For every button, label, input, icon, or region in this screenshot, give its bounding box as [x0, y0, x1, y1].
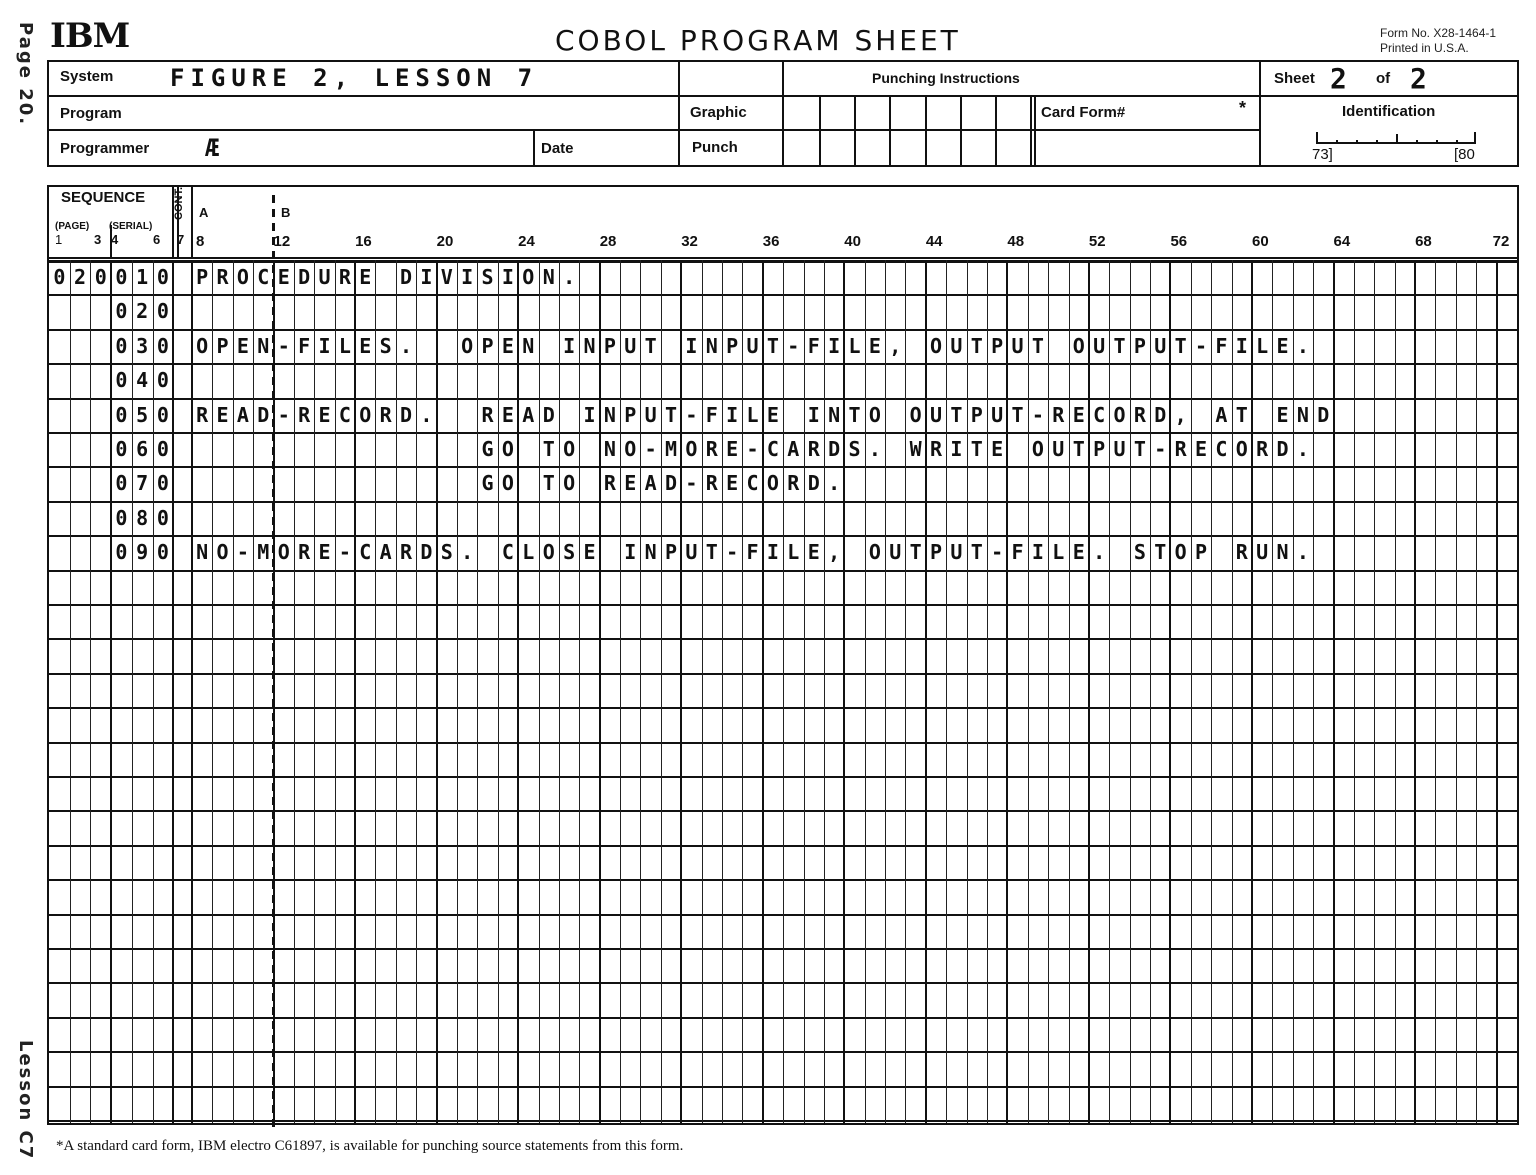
code-char-cell: E [1272, 334, 1292, 358]
code-char-cell: O [192, 334, 212, 358]
code-char-cell: O [1109, 403, 1129, 427]
code-char-cell: R [926, 437, 946, 461]
code-char-cell: U [314, 265, 334, 289]
serial-number-cell: 0 [111, 334, 132, 358]
column-marker: 68 [1415, 233, 1432, 250]
code-char-cell: D [1150, 403, 1170, 427]
code-char-cell: T [1170, 334, 1190, 358]
coding-line-row[interactable] [47, 363, 1519, 397]
coding-line-row[interactable] [47, 982, 1519, 1016]
code-char-cell: I [314, 334, 334, 358]
code-char-cell: A [375, 540, 395, 564]
column-marker: 28 [600, 233, 617, 250]
code-char-cell: T [1150, 540, 1170, 564]
code-char-cell: E [620, 471, 640, 495]
code-char-cell: . [1293, 540, 1313, 564]
header-divider [191, 185, 193, 257]
code-char-cell: U [620, 334, 640, 358]
code-char-cell: T [640, 334, 660, 358]
coding-line-row[interactable] [47, 673, 1519, 707]
code-char-cell: E [355, 265, 375, 289]
serial-number-cell: 0 [111, 437, 132, 461]
serial-number-cell: 0 [111, 368, 132, 392]
footnote: *A standard card form, IBM electro C6189… [56, 1138, 683, 1155]
code-char-cell: - [274, 334, 294, 358]
code-char-cell: S [844, 437, 864, 461]
serial-number-cell: 0 [153, 540, 174, 564]
code-char-cell: T [763, 334, 783, 358]
code-char-cell: V [437, 265, 457, 289]
code-char-cell: I [763, 540, 783, 564]
code-char-cell: O [681, 437, 701, 461]
code-char-cell: T [539, 437, 559, 461]
divider [1034, 129, 1260, 131]
code-char-cell: C [355, 540, 375, 564]
ibm-logo: IBM [50, 16, 129, 56]
code-char-cell: - [1028, 403, 1048, 427]
code-char-cell: T [702, 540, 722, 564]
identification-label: Identification [1342, 103, 1435, 120]
column-marker: 36 [763, 233, 780, 250]
column-marker: 40 [844, 233, 861, 250]
code-char-cell: - [233, 540, 253, 564]
serial-number-cell: 0 [153, 506, 174, 530]
code-char-cell: - [274, 403, 294, 427]
coding-line-row[interactable] [47, 707, 1519, 741]
code-char-cell: C [1211, 437, 1231, 461]
header-divider [177, 185, 179, 257]
code-char-cell: F [804, 334, 824, 358]
code-char-cell: - [722, 540, 742, 564]
code-char-cell: E [763, 403, 783, 427]
column-marker: 12 [274, 233, 291, 250]
form-number: Form No. X28-1464-1 Printed in U.S.A. [1380, 26, 1496, 56]
serial-number-cell: 0 [153, 437, 174, 461]
code-char-cell: P [1130, 334, 1150, 358]
date-field[interactable] [590, 134, 670, 160]
code-char-cell: O [355, 403, 375, 427]
code-char-cell: N [539, 265, 559, 289]
column-marker: 52 [1089, 233, 1106, 250]
header-divider [172, 185, 174, 257]
code-char-cell: N [600, 437, 620, 461]
code-char-cell: F [294, 334, 314, 358]
code-char-cell: T [1069, 437, 1089, 461]
code-char-cell: U [926, 403, 946, 427]
code-char-cell: . [396, 334, 416, 358]
area-b-dashed-line [272, 209, 275, 217]
code-char-cell: A [1211, 403, 1231, 427]
code-char-cell: . [1293, 437, 1313, 461]
code-char-cell: O [1232, 437, 1252, 461]
column-marker: 8 [196, 233, 204, 250]
serial-number-cell: 0 [153, 334, 174, 358]
code-char-cell: L [335, 334, 355, 358]
divider [1030, 95, 1032, 167]
area-b-dashed-line [272, 223, 275, 231]
code-char-cell: O [763, 471, 783, 495]
code-char-cell: D [253, 403, 273, 427]
code-char-cell: E [1069, 540, 1089, 564]
code-char-cell: L [783, 540, 803, 564]
code-char-cell: P [1089, 437, 1109, 461]
code-char-cell: P [967, 403, 987, 427]
serial-number-cell: 3 [132, 334, 153, 358]
code-char-cell: D [1313, 403, 1333, 427]
code-char-cell: F [742, 540, 762, 564]
code-char-cell: O [1170, 540, 1190, 564]
code-char-cell: , [1170, 403, 1190, 427]
serial-number-cell: 0 [153, 471, 174, 495]
punch-box-divider [960, 95, 962, 167]
code-char-cell: W [905, 437, 925, 461]
code-char-cell: F [1211, 334, 1231, 358]
code-char-cell: I [722, 403, 742, 427]
coding-line-row[interactable] [47, 604, 1519, 638]
code-char-cell: R [1252, 437, 1272, 461]
code-char-cell: E [722, 437, 742, 461]
code-char-cell: P [477, 334, 497, 358]
col-3-label: 3 [94, 232, 101, 247]
code-char-cell: D [396, 403, 416, 427]
code-char-cell: L [844, 334, 864, 358]
coding-line-row[interactable] [47, 1051, 1519, 1085]
code-char-cell: G [477, 471, 497, 495]
code-char-cell: I [559, 334, 579, 358]
code-char-cell: T [1007, 403, 1027, 427]
code-char-cell: D [416, 540, 436, 564]
identification-ruler [1316, 130, 1476, 144]
coding-line-row[interactable] [47, 1017, 1519, 1051]
code-char-cell: I [1028, 540, 1048, 564]
column-marker: 48 [1007, 233, 1024, 250]
program-label: Program [60, 105, 122, 122]
serial-number-cell: 0 [153, 265, 174, 289]
code-char-cell: R [804, 437, 824, 461]
code-char-cell: U [1150, 334, 1170, 358]
column-marker: 20 [437, 233, 454, 250]
code-char-cell: P [620, 403, 640, 427]
page-number-cell: 0 [49, 265, 70, 289]
coding-line-row[interactable] [47, 294, 1519, 328]
code-char-cell: O [865, 540, 885, 564]
code-char-cell: O [457, 334, 477, 358]
code-char-cell: O [233, 265, 253, 289]
serial-col-label: (SERIAL) [109, 221, 152, 232]
code-char-cell: O [865, 403, 885, 427]
area-b-dashed-line [272, 1119, 275, 1127]
code-char-cell: O [1028, 437, 1048, 461]
coding-line-row[interactable] [47, 638, 1519, 672]
code-char-cell: I [804, 403, 824, 427]
serial-number-cell: 0 [111, 506, 132, 530]
code-char-cell: E [355, 334, 375, 358]
code-char-cell: L [518, 540, 538, 564]
code-char-cell: R [212, 265, 232, 289]
code-char-cell: D [824, 437, 844, 461]
coding-line-row[interactable] [47, 879, 1519, 913]
divider [47, 95, 1260, 97]
coding-line-row[interactable] [47, 810, 1519, 844]
serial-number-cell: 5 [132, 403, 153, 427]
divider [782, 60, 784, 167]
code-char-cell: I [1232, 334, 1252, 358]
serial-number-cell: 1 [132, 265, 153, 289]
code-char-cell: C [763, 437, 783, 461]
form-number-text: Form No. X28-1464-1 [1380, 26, 1496, 41]
code-char-cell: E [498, 403, 518, 427]
code-char-cell: I [416, 265, 436, 289]
programmer-label: Programmer [60, 140, 149, 157]
area-b-label: B [281, 205, 290, 220]
code-char-cell: R [783, 471, 803, 495]
sheet-label: Sheet [1274, 70, 1315, 87]
code-char-cell: O [518, 265, 538, 289]
code-char-cell: N [640, 540, 660, 564]
code-char-cell: E [314, 403, 334, 427]
code-char-cell: O [559, 471, 579, 495]
code-char-cell: D [1272, 437, 1292, 461]
code-char-cell: T [1109, 334, 1129, 358]
code-char-cell: N [1272, 540, 1292, 564]
code-char-cell: E [579, 540, 599, 564]
code-char-cell: I [579, 403, 599, 427]
code-char-cell: R [702, 471, 722, 495]
serial-number-cell: 0 [111, 265, 132, 289]
header-divider [47, 257, 1519, 259]
page-number-label: Page 20. [8, 22, 36, 126]
date-label: Date [541, 140, 574, 157]
code-char-cell: T [1232, 403, 1252, 427]
program-field[interactable] [170, 100, 670, 126]
divider [678, 60, 680, 167]
code-char-cell: U [885, 540, 905, 564]
code-char-cell: P [987, 334, 1007, 358]
serial-number-cell: 0 [153, 368, 174, 392]
code-char-cell: S [477, 265, 497, 289]
code-char-cell: E [314, 540, 334, 564]
code-char-cell: E [498, 334, 518, 358]
punch-box-divider [854, 95, 856, 167]
code-char-cell: C [742, 471, 762, 495]
code-char-cell: A [783, 437, 803, 461]
coding-line-row[interactable] [47, 845, 1519, 879]
column-marker: 44 [926, 233, 943, 250]
coding-line-row[interactable] [47, 742, 1519, 776]
divider [533, 129, 535, 167]
code-char-cell: R [1170, 437, 1190, 461]
column-marker: 64 [1334, 233, 1351, 250]
code-char-cell: E [233, 334, 253, 358]
code-char-cell: , [824, 540, 844, 564]
card-form-asterisk: * [1239, 98, 1246, 119]
code-char-cell: N [702, 334, 722, 358]
code-char-cell: - [742, 437, 762, 461]
code-char-cell: O [1069, 334, 1089, 358]
code-char-cell: - [987, 540, 1007, 564]
code-char-cell: E [722, 471, 742, 495]
serial-number-cell: 0 [111, 471, 132, 495]
code-char-cell: P [722, 334, 742, 358]
code-char-cell: R [335, 265, 355, 289]
divider [1034, 95, 1036, 167]
code-char-cell: U [987, 403, 1007, 427]
of-label: of [1376, 70, 1390, 87]
lesson-label: Lesson C7 [8, 1040, 36, 1160]
punch-box-divider [889, 95, 891, 167]
code-char-cell: P [926, 540, 946, 564]
header-divider [110, 225, 112, 257]
code-char-cell: E [1272, 403, 1292, 427]
code-char-cell: I [457, 265, 477, 289]
code-char-cell: R [1232, 540, 1252, 564]
serial-number-cell: 7 [132, 471, 153, 495]
code-char-cell: G [477, 437, 497, 461]
code-char-cell: D [294, 265, 314, 289]
column-marker: 72 [1493, 233, 1510, 250]
code-char-cell: D [661, 471, 681, 495]
code-char-cell: R [294, 403, 314, 427]
code-char-cell: C [498, 540, 518, 564]
page-number-cell: 0 [90, 265, 111, 289]
coding-line-row[interactable] [47, 570, 1519, 604]
code-char-cell: O [905, 403, 925, 427]
code-char-cell: U [1109, 437, 1129, 461]
code-char-cell: - [681, 403, 701, 427]
code-char-cell: T [1130, 437, 1150, 461]
code-char-cell: U [1007, 334, 1027, 358]
code-char-cell: A [518, 403, 538, 427]
code-char-cell: N [192, 540, 212, 564]
col-6-label: 6 [153, 232, 160, 247]
serial-number-cell: 0 [111, 540, 132, 564]
code-char-cell: E [865, 334, 885, 358]
code-char-cell: E [987, 437, 1007, 461]
code-char-cell: F [702, 403, 722, 427]
serial-number-cell: 4 [132, 368, 153, 392]
code-char-cell: P [212, 334, 232, 358]
serial-number-cell: 2 [132, 299, 153, 323]
code-char-cell: M [661, 437, 681, 461]
col-1-label: 1 [55, 232, 62, 247]
punch-box-divider [925, 95, 927, 167]
code-char-cell: E [804, 540, 824, 564]
code-char-cell: A [233, 403, 253, 427]
form-title: COBOL PROGRAM SHEET [555, 24, 961, 57]
code-char-cell: - [1191, 334, 1211, 358]
code-char-cell: N [824, 403, 844, 427]
code-char-cell: R [702, 437, 722, 461]
code-char-cell: U [946, 334, 966, 358]
printed-in-text: Printed in U.S.A. [1380, 41, 1496, 56]
code-char-cell: - [335, 540, 355, 564]
divider [1259, 60, 1261, 167]
code-char-cell: . [865, 437, 885, 461]
code-char-cell: O [212, 540, 232, 564]
coding-line-row[interactable] [47, 948, 1519, 982]
code-char-cell: N [253, 334, 273, 358]
code-char-cell: O [498, 437, 518, 461]
code-char-cell: F [1007, 540, 1027, 564]
code-char-cell: E [1191, 437, 1211, 461]
code-char-cell: S [375, 334, 395, 358]
code-char-cell: R [1130, 403, 1150, 427]
code-char-cell: - [783, 334, 803, 358]
code-char-cell: U [681, 540, 701, 564]
code-char-cell: U [640, 403, 660, 427]
code-char-cell: O [620, 437, 640, 461]
code-char-cell: R [1048, 403, 1068, 427]
code-char-cell: N [600, 403, 620, 427]
graphic-label: Graphic [690, 104, 747, 121]
code-char-cell: . [1089, 540, 1109, 564]
code-char-cell: U [946, 540, 966, 564]
serial-number-cell: 0 [153, 299, 174, 323]
coding-line-row[interactable] [47, 501, 1519, 535]
coding-line-row[interactable] [47, 776, 1519, 810]
code-char-cell: T [967, 540, 987, 564]
sequence-label: SEQUENCE [61, 189, 145, 206]
punch-label: Punch [692, 139, 738, 156]
serial-number-cell: 0 [111, 403, 132, 427]
code-char-cell: R [294, 540, 314, 564]
page-number-cell: 2 [70, 265, 91, 289]
code-char-cell: C [1089, 403, 1109, 427]
code-char-cell: D [396, 265, 416, 289]
identification-end: [80 [1454, 146, 1475, 163]
serial-number-cell: 6 [132, 437, 153, 461]
code-char-cell: R [192, 403, 212, 427]
punching-instructions-label: Punching Instructions [872, 70, 1020, 86]
column-marker: 24 [518, 233, 535, 250]
code-char-cell: A [640, 471, 660, 495]
code-char-cell: . [457, 540, 477, 564]
serial-number-cell: 8 [132, 506, 153, 530]
code-char-cell: T [905, 540, 925, 564]
punch-box-divider [819, 95, 821, 167]
code-char-cell: L [742, 403, 762, 427]
code-char-cell: T [967, 334, 987, 358]
system-field[interactable]: FIGURE 2, LESSON 7 [170, 64, 538, 92]
code-char-cell: U [1048, 437, 1068, 461]
code-char-cell: . [1293, 334, 1313, 358]
code-char-cell: C [335, 403, 355, 427]
programmer-field[interactable]: Æ [205, 134, 223, 162]
code-char-cell: - [640, 437, 660, 461]
code-char-cell: I [946, 437, 966, 461]
sheet-total-field[interactable]: 2 [1410, 62, 1431, 95]
code-char-cell: D [539, 403, 559, 427]
code-char-cell: , [885, 334, 905, 358]
sheet-number-field[interactable]: 2 [1330, 62, 1351, 95]
code-char-cell: - [681, 471, 701, 495]
serial-number-cell: 9 [132, 540, 153, 564]
coding-line-row[interactable] [47, 914, 1519, 948]
code-char-cell: P [600, 334, 620, 358]
code-char-cell: L [1048, 540, 1068, 564]
column-marker: 56 [1170, 233, 1187, 250]
identification-start: 73] [1312, 146, 1333, 163]
area-b-dashed-line [272, 195, 275, 203]
coding-line-row[interactable] [47, 1086, 1519, 1120]
system-label: System [60, 68, 113, 85]
code-char-cell: O [539, 540, 559, 564]
divider [1260, 95, 1519, 97]
code-char-cell: D [804, 471, 824, 495]
code-char-cell: S [1130, 540, 1150, 564]
code-char-cell: T [661, 403, 681, 427]
code-char-cell: M [253, 540, 273, 564]
